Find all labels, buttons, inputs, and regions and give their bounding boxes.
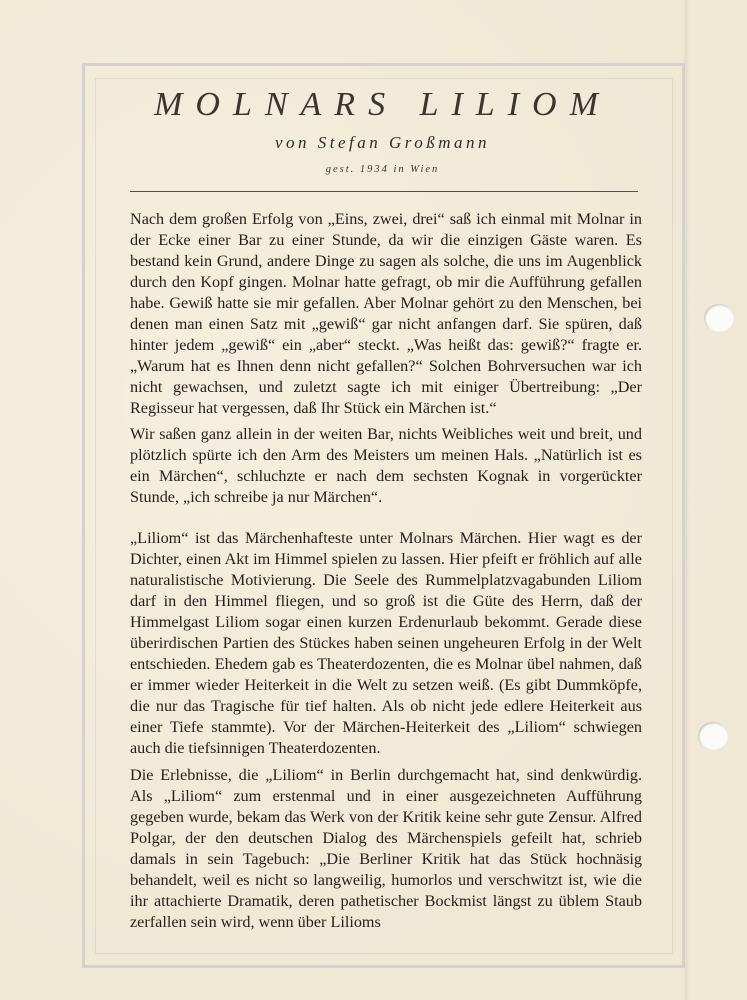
author-byline: von Stefan Großmann	[130, 133, 635, 153]
header-divider	[130, 191, 638, 192]
paragraph-3: „Liliom“ ist das Märchenhafteste unter M…	[130, 528, 642, 759]
punch-hole-top	[704, 304, 734, 332]
paragraph-4: Die Erlebnisse, die „Liliom“ in Berlin d…	[130, 765, 642, 933]
punch-hole-bottom	[698, 722, 728, 750]
document-title: MOLNARS LILIOM	[130, 86, 635, 124]
article-body: Nach dem großen Erfolg von „Eins, zwei, …	[130, 209, 642, 933]
paragraph-2: Wir saßen ganz allein in der weiten Bar,…	[130, 424, 642, 508]
paragraph-1: Nach dem großen Erfolg von „Eins, zwei, …	[130, 209, 642, 419]
author-death-note: gest. 1934 in Wien	[130, 164, 635, 175]
